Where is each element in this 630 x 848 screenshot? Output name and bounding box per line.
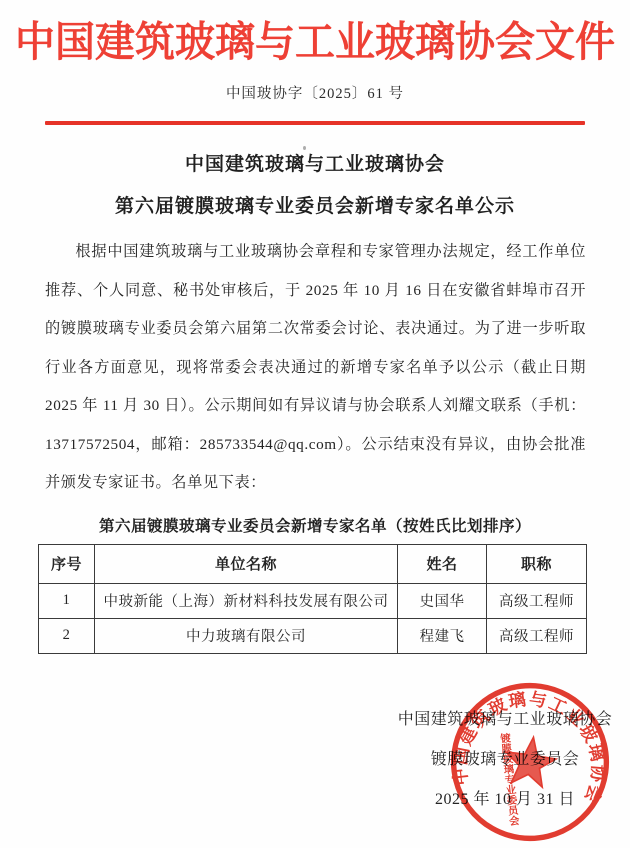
table-cell: 中玻新能（上海）新材料科技发展有限公司 [95,583,398,618]
red-divider-rule [45,121,585,125]
signature-org-line2: 镀膜玻璃专业委员会 [388,747,622,787]
signature-block: 中国建筑玻璃与工业玻璃协会 镀膜玻璃专业委员会 2025 年 10 月 31 日 [388,707,622,827]
table-header-row: 序号 单位名称 姓名 职称 [39,544,587,583]
column-header-index: 序号 [39,544,95,583]
document-number: 中国玻协字〔2025〕61 号 [0,82,630,103]
signature-org-line1: 中国建筑玻璃与工业玻璃协会 [388,707,622,747]
table-cell: 高级工程师 [487,583,587,618]
column-header-company: 单位名称 [95,544,398,583]
document-page: 中国建筑玻璃与工业玻璃协会文件 中国玻协字〔2025〕61 号 中国建筑玻璃与工… [0,0,630,848]
column-header-title: 职称 [487,544,587,583]
document-title-line2: 第六届镀膜玻璃专业委员会新增专家名单公示 [0,191,630,218]
table-cell: 中力玻璃有限公司 [95,618,398,653]
document-title-line1: 中国建筑玻璃与工业玻璃协会 [0,149,630,176]
table-cell: 2 [39,618,95,653]
expert-table-body: 1中玻新能（上海）新材料科技发展有限公司史国华高级工程师2中力玻璃有限公司程建飞… [39,583,587,653]
column-header-name: 姓名 [398,544,487,583]
table-row: 2中力玻璃有限公司程建飞高级工程师 [39,618,587,653]
signature-date: 2025 年 10 月 31 日 [388,787,622,827]
table-cell: 1 [39,583,95,618]
expert-table: 序号 单位名称 姓名 职称 1中玻新能（上海）新材料科技发展有限公司史国华高级工… [38,544,587,654]
table-row: 1中玻新能（上海）新材料科技发展有限公司史国华高级工程师 [39,583,587,618]
table-cell: 程建飞 [398,618,487,653]
announcement-body: 根据中国建筑玻璃与工业玻璃协会章程和专家管理办法规定，经工作单位推荐、个人同意、… [45,233,586,503]
table-caption: 第六届镀膜玻璃专业委员会新增专家名单（按姓氏比划排序） [0,514,630,536]
table-cell: 史国华 [398,583,487,618]
letterhead-title: 中国建筑玻璃与工业玻璃协会文件 [0,0,630,69]
scan-speck [303,146,306,150]
table-cell: 高级工程师 [487,618,587,653]
